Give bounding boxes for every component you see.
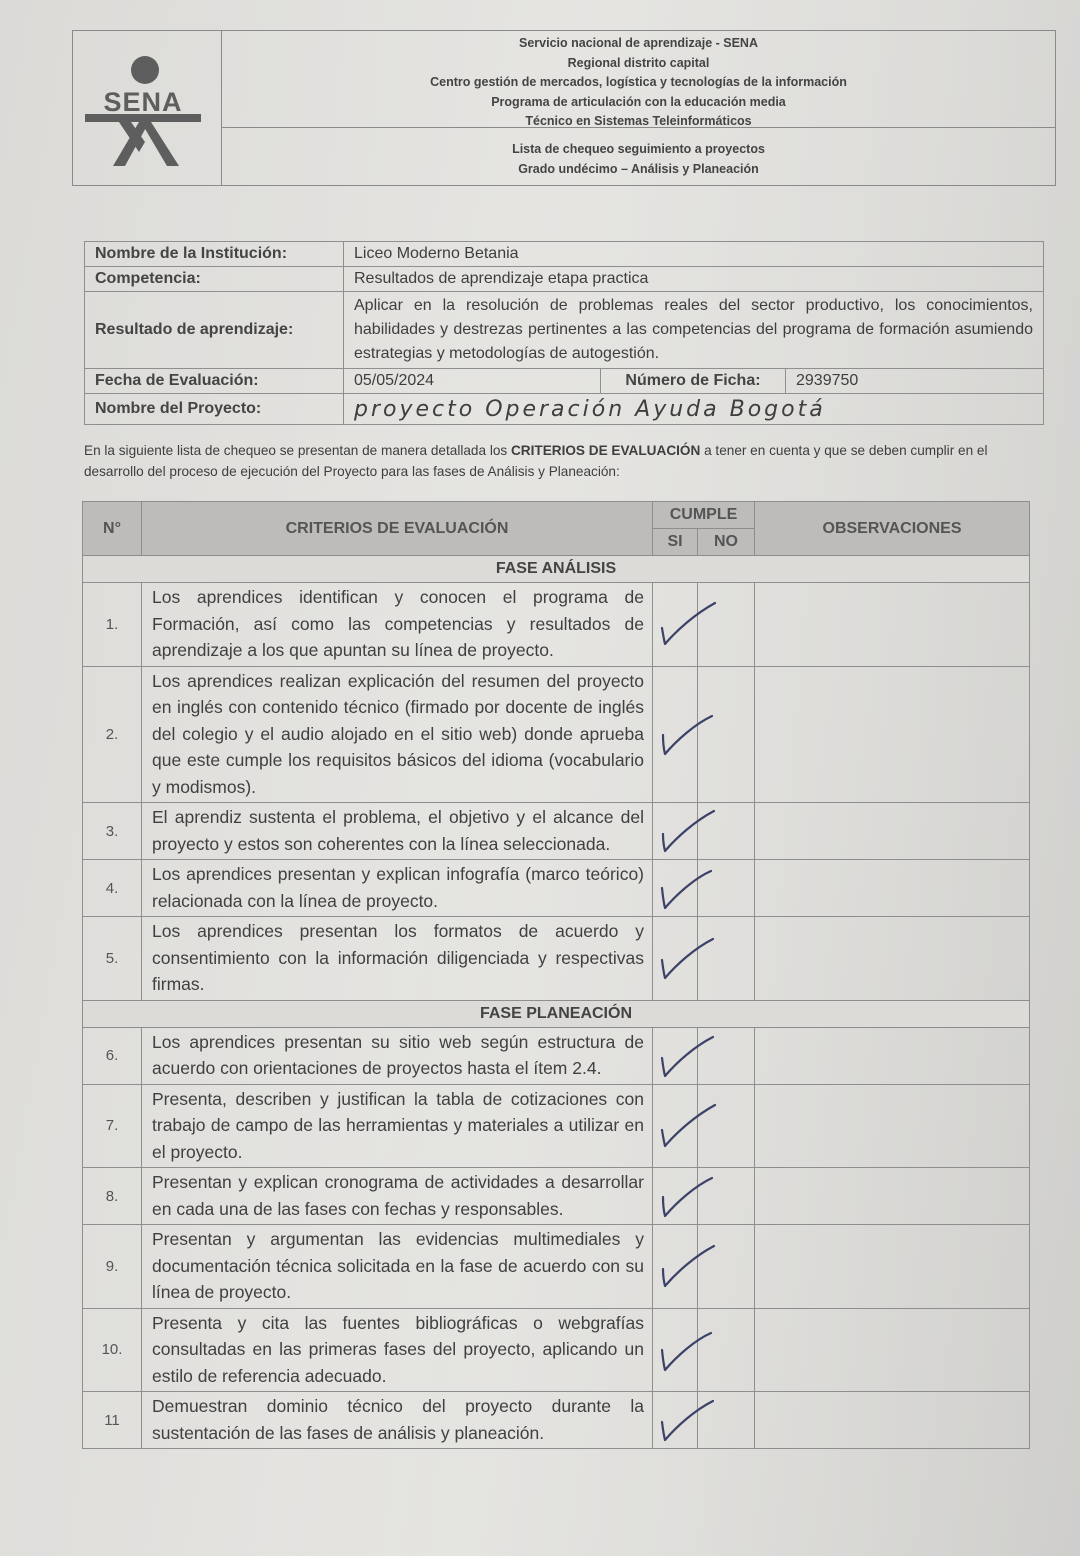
criteria-number: 4. <box>83 860 142 917</box>
date-label: Fecha de Evaluación: <box>85 369 344 394</box>
criteria-description: Demuestran dominio técnico del proyecto … <box>142 1392 653 1449</box>
observations-cell[interactable] <box>755 1308 1030 1392</box>
sena-logo: SENA <box>73 31 222 185</box>
observations-cell[interactable] <box>755 1168 1030 1225</box>
observations-cell[interactable] <box>755 803 1030 860</box>
criteria-number: 2. <box>83 666 142 803</box>
result-value: Aplicar en la resolución de problemas re… <box>344 292 1044 369</box>
sena-logo-icon: SENA <box>73 31 221 185</box>
criteria-number: 3. <box>83 803 142 860</box>
cumple-no-cell[interactable] <box>698 1308 755 1392</box>
observations-cell[interactable] <box>755 860 1030 917</box>
cumple-no-cell[interactable] <box>698 666 755 803</box>
cumple-si-cell[interactable] <box>653 860 698 917</box>
cumple-si-cell[interactable] <box>653 803 698 860</box>
cumple-no-cell[interactable] <box>698 917 755 1001</box>
date-value: 05/05/2024 <box>344 369 601 394</box>
cumple-si-cell[interactable] <box>653 1084 698 1168</box>
observations-cell[interactable] <box>755 1225 1030 1309</box>
info-row-result: Resultado de aprendizaje: Aplicar en la … <box>85 292 1044 369</box>
cumple-si-cell[interactable] <box>653 1168 698 1225</box>
info-row-date: Fecha de Evaluación: 05/05/2024 Número d… <box>85 369 1044 394</box>
criteria-row: 7.Presenta, describen y justifican la ta… <box>83 1084 1030 1168</box>
intro-paragraph: En la siguiente lista de chequeo se pres… <box>84 440 1046 482</box>
observations-cell[interactable] <box>755 666 1030 803</box>
criteria-description: El aprendiz sustenta el problema, el obj… <box>142 803 653 860</box>
criteria-row: 4.Los aprendices presentan y explican in… <box>83 860 1030 917</box>
criteria-description: Los aprendices realizan explicación del … <box>142 666 653 803</box>
info-row-competence: Competencia: Resultados de aprendizaje e… <box>85 267 1044 292</box>
criteria-description: Presenta, describen y justifican la tabl… <box>142 1084 653 1168</box>
header-line: Servicio nacional de aprendizaje - SENA <box>222 34 1055 54</box>
intro-emphasis: CRITERIOS DE EVALUACIÓN <box>511 443 700 458</box>
cumple-si-cell[interactable] <box>653 1027 698 1084</box>
project-label: Nombre del Proyecto: <box>85 394 344 425</box>
competence-label: Competencia: <box>85 267 344 292</box>
header-line: Centro gestión de mercados, logística y … <box>222 73 1055 93</box>
criteria-number: 7. <box>83 1084 142 1168</box>
cumple-si-cell[interactable] <box>653 1392 698 1449</box>
info-row-institution: Nombre de la Institución: Liceo Moderno … <box>85 242 1044 267</box>
observations-cell[interactable] <box>755 1084 1030 1168</box>
col-criteria: CRITERIOS DE EVALUACIÓN <box>142 502 653 556</box>
criteria-row: 8.Presentan y explican cronograma de act… <box>83 1168 1030 1225</box>
criteria-row: 5.Los aprendices presentan los formatos … <box>83 917 1030 1001</box>
info-row-project: Nombre del Proyecto: proyecto Operación … <box>85 394 1044 425</box>
cumple-no-cell[interactable] <box>698 583 755 667</box>
cumple-no-cell[interactable] <box>698 1225 755 1309</box>
criteria-number: 8. <box>83 1168 142 1225</box>
criteria-description: Presenta y cita las fuentes bibliográfic… <box>142 1308 653 1392</box>
document-title-line: Lista de chequeo seguimiento a proyectos <box>222 140 1055 160</box>
institution-label: Nombre de la Institución: <box>85 242 344 267</box>
observations-cell[interactable] <box>755 1392 1030 1449</box>
criteria-row: 10.Presenta y cita las fuentes bibliográ… <box>83 1308 1030 1392</box>
cumple-si-cell[interactable] <box>653 666 698 803</box>
criteria-row: 2.Los aprendices realizan explicación de… <box>83 666 1030 803</box>
cumple-no-cell[interactable] <box>698 1027 755 1084</box>
competence-value: Resultados de aprendizaje etapa practica <box>344 267 1044 292</box>
cumple-no-cell[interactable] <box>698 1392 755 1449</box>
ficha-label: Número de Ficha: <box>601 369 786 394</box>
criteria-number: 11 <box>83 1392 142 1449</box>
criteria-number: 10. <box>83 1308 142 1392</box>
phase-header-row: FASE PLANEACIÓN <box>83 1000 1030 1027</box>
institution-value: Liceo Moderno Betania <box>344 242 1044 267</box>
criteria-row: 11Demuestran dominio técnico del proyect… <box>83 1392 1030 1449</box>
cumple-no-cell[interactable] <box>698 1084 755 1168</box>
criteria-table: N° CRITERIOS DE EVALUACIÓN CUMPLE OBSERV… <box>82 501 1030 1449</box>
header-line: Regional distrito capital <box>222 54 1055 74</box>
criteria-description: Presentan y explican cronograma de activ… <box>142 1168 653 1225</box>
cumple-si-cell[interactable] <box>653 583 698 667</box>
criteria-row: 1.Los aprendices identifican y conocen e… <box>83 583 1030 667</box>
observations-cell[interactable] <box>755 583 1030 667</box>
col-number: N° <box>83 502 142 556</box>
phase-title: FASE ANÁLISIS <box>83 556 1030 583</box>
cumple-si-cell[interactable] <box>653 1225 698 1309</box>
cumple-si-cell[interactable] <box>653 1308 698 1392</box>
criteria-description: Los aprendices presentan su sitio web se… <box>142 1027 653 1084</box>
cumple-si-cell[interactable] <box>653 917 698 1001</box>
criteria-number: 9. <box>83 1225 142 1309</box>
observations-cell[interactable] <box>755 1027 1030 1084</box>
criteria-description: Los aprendices presentan los formatos de… <box>142 917 653 1001</box>
criteria-number: 1. <box>83 583 142 667</box>
col-si: SI <box>653 529 698 556</box>
svg-text:SENA: SENA <box>103 87 182 117</box>
project-name-handwritten: proyecto Operación Ayuda Bogotá <box>344 394 1044 425</box>
phase-title: FASE PLANEACIÓN <box>83 1000 1030 1027</box>
criteria-description: Presentan y argumentan las evidencias mu… <box>142 1225 653 1309</box>
criteria-description: Los aprendices presentan y explican info… <box>142 860 653 917</box>
cumple-no-cell[interactable] <box>698 803 755 860</box>
ficha-value: 2939750 <box>786 369 1044 394</box>
criteria-row: 3.El aprendiz sustenta el problema, el o… <box>83 803 1030 860</box>
phase-header-row: FASE ANÁLISIS <box>83 556 1030 583</box>
criteria-row: 6.Los aprendices presentan su sitio web … <box>83 1027 1030 1084</box>
col-cumple: CUMPLE <box>653 502 755 529</box>
criteria-description: Los aprendices identifican y conocen el … <box>142 583 653 667</box>
document-subtitle-line: Grado undécimo – Análisis y Planeación <box>222 160 1055 180</box>
result-label: Resultado de aprendizaje: <box>85 292 344 369</box>
project-info-table: Nombre de la Institución: Liceo Moderno … <box>84 241 1044 425</box>
document-title: Lista de chequeo seguimiento a proyectos… <box>222 128 1055 185</box>
criteria-number: 6. <box>83 1027 142 1084</box>
cumple-no-cell[interactable] <box>698 1168 755 1225</box>
criteria-row: 9.Presentan y argumentan las evidencias … <box>83 1225 1030 1309</box>
observations-cell[interactable] <box>755 917 1030 1001</box>
header-line: Programa de articulación con la educació… <box>222 93 1055 113</box>
col-no: NO <box>698 529 755 556</box>
criteria-number: 5. <box>83 917 142 1001</box>
col-observations: OBSERVACIONES <box>755 502 1030 556</box>
document-header: SENA Servicio nacional de aprendizaje - … <box>72 30 1056 186</box>
cumple-no-cell[interactable] <box>698 860 755 917</box>
institution-lines: Servicio nacional de aprendizaje - SENA … <box>222 31 1055 128</box>
